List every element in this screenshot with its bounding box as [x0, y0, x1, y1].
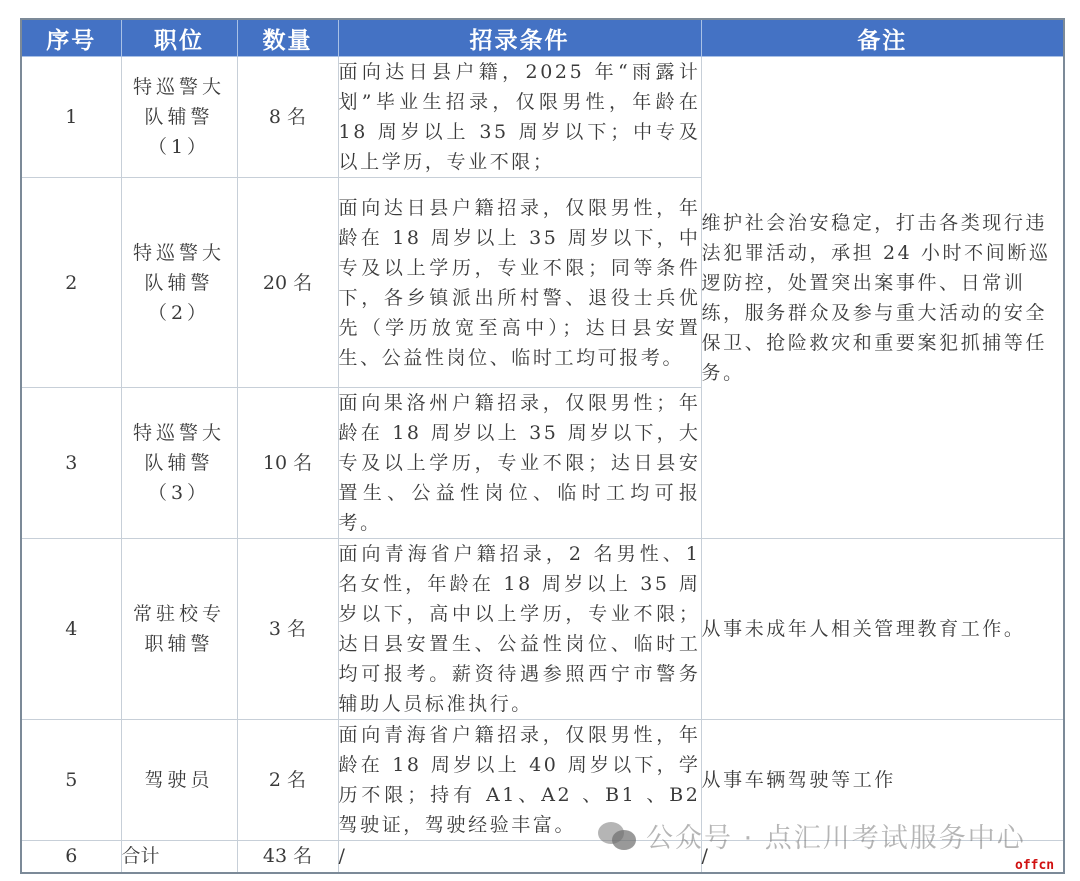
row-conditions: 面向果洛州户籍招录，仅限男性；年龄在 18 周岁以上 35 周岁以下，大专及以上… — [338, 388, 701, 539]
row-index: 1 — [21, 57, 121, 178]
row-note: 从事未成年人相关管理教育工作。 — [701, 539, 1064, 720]
row-count: 2 名 — [237, 720, 338, 841]
row-count: 10 名 — [237, 388, 338, 539]
row-count: 3 名 — [237, 539, 338, 720]
row-count: 43 名 — [237, 841, 338, 873]
position-line: 队辅警 — [122, 102, 237, 132]
row-position: 特巡警大 队辅警 （1） — [121, 57, 237, 178]
table-row: 4 常驻校专 职辅警 3 名 面向青海省户籍招录，2 名男性、1 名女性，年龄在… — [21, 539, 1064, 720]
row-note: 从事车辆驾驶等工作 — [701, 720, 1064, 841]
row-conditions: 面向达日县户籍招录，仅限男性，年龄在 18 周岁以上 35 周岁以下，中专及以上… — [338, 178, 701, 388]
row-count: 20 名 — [237, 178, 338, 388]
row-conditions: / — [338, 841, 701, 873]
position-line: 职辅警 — [122, 629, 237, 659]
position-line: 队辅警 — [122, 268, 237, 298]
row-index: 6 — [21, 841, 121, 873]
position-line: 常驻校专 — [122, 599, 237, 629]
row-position: 合计 — [121, 841, 237, 873]
row-index: 2 — [21, 178, 121, 388]
position-line: 特巡警大 — [122, 238, 237, 268]
row-position: 常驻校专 职辅警 — [121, 539, 237, 720]
merged-note-cell: 维护社会治安稳定，打击各类现行违法犯罪活动，承担 24 小时不间断巡逻防控，处置… — [701, 57, 1064, 539]
table-row: 1 特巡警大 队辅警 （1） 8 名 面向达日县户籍，2025 年“雨露计划”毕… — [21, 57, 1064, 178]
position-line: 驾驶员 — [122, 765, 237, 795]
row-position: 驾驶员 — [121, 720, 237, 841]
position-line: （3） — [122, 478, 237, 508]
brand-mark: offcn — [1015, 858, 1054, 873]
header-position: 职位 — [121, 19, 237, 57]
position-line: （1） — [122, 132, 237, 162]
row-conditions: 面向青海省户籍招录，2 名男性、1 名女性，年龄在 18 周岁以上 35 周岁以… — [338, 539, 701, 720]
table-header-row: 序号 职位 数量 招录条件 备注 — [21, 19, 1064, 57]
header-count: 数量 — [237, 19, 338, 57]
recruitment-table: 序号 职位 数量 招录条件 备注 1 特巡警大 队辅警 （1） 8 名 面向达日… — [20, 18, 1065, 874]
row-position: 特巡警大 队辅警 （3） — [121, 388, 237, 539]
table-row: 5 驾驶员 2 名 面向青海省户籍招录，仅限男性，年龄在 18 周岁以上 40 … — [21, 720, 1064, 841]
row-count: 8 名 — [237, 57, 338, 178]
row-note: / — [701, 841, 1064, 873]
row-conditions: 面向达日县户籍，2025 年“雨露计划”毕业生招录，仅限男性，年龄在 18 周岁… — [338, 57, 701, 178]
position-line: 队辅警 — [122, 448, 237, 478]
row-position: 特巡警大 队辅警 （2） — [121, 178, 237, 388]
header-conditions: 招录条件 — [338, 19, 701, 57]
position-line: （2） — [122, 298, 237, 328]
table-row-total: 6 合计 43 名 / / — [21, 841, 1064, 873]
position-line: 特巡警大 — [122, 72, 237, 102]
header-index: 序号 — [21, 19, 121, 57]
row-conditions: 面向青海省户籍招录，仅限男性，年龄在 18 周岁以上 40 周岁以下，学历不限；… — [338, 720, 701, 841]
position-line: 特巡警大 — [122, 418, 237, 448]
row-index: 5 — [21, 720, 121, 841]
row-index: 4 — [21, 539, 121, 720]
header-note: 备注 — [701, 19, 1064, 57]
row-index: 3 — [21, 388, 121, 539]
